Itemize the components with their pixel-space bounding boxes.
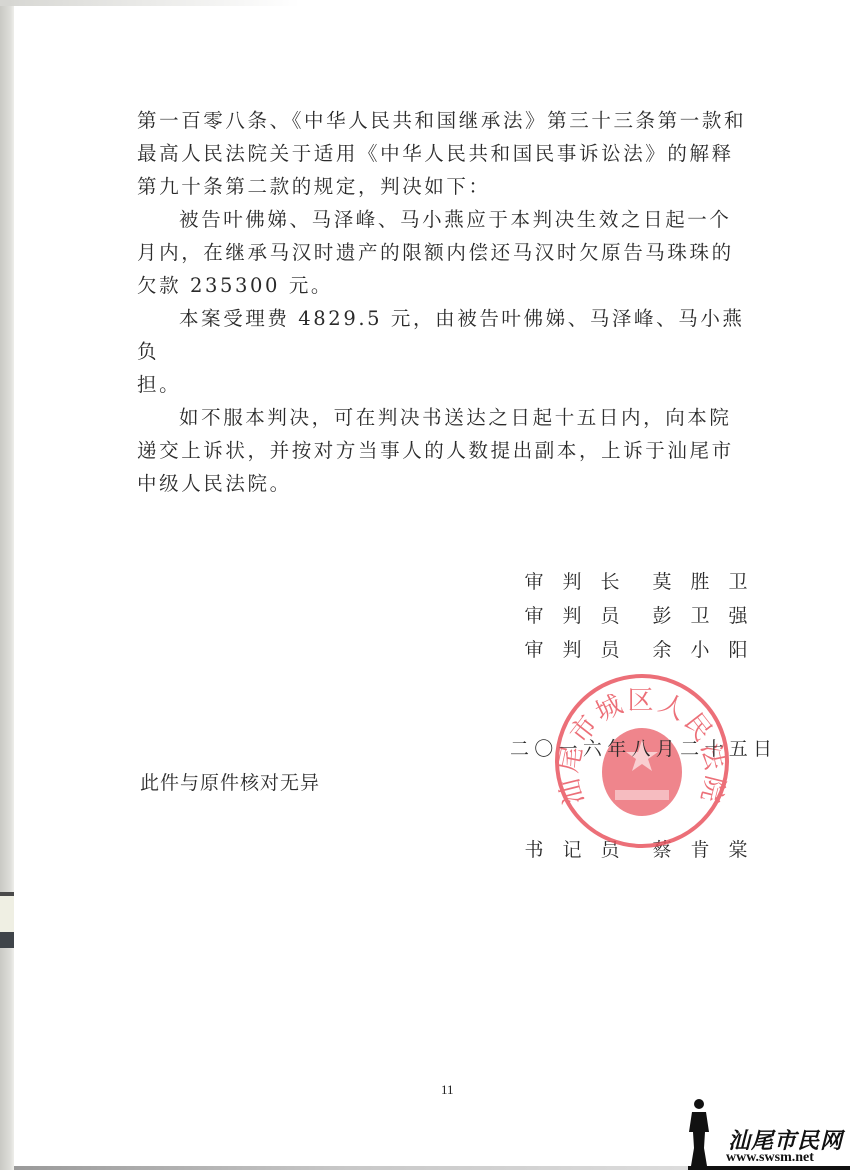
text-line: 月内，在继承马汉时遗产的限额内偿还马汉时欠原告马珠珠的 xyxy=(137,241,734,264)
text-line: 中级人民法院。 xyxy=(137,472,292,495)
title-char: 判 xyxy=(553,601,591,628)
paragraph-ruling: 被告叶佛娣、马泽峰、马小燕应于本判决生效之日起一个 月内，在继承马汉时遗产的限额… xyxy=(137,203,757,302)
judgment-body: 第一百零八条、《中华人民共和国继承法》第三十三条第一款和 最高人民法院关于适用《… xyxy=(137,104,757,500)
signature-presiding-judge: 审 判 长 莫 胜 卫 xyxy=(515,563,757,597)
verification-note: 此件与原件核对无异 xyxy=(140,768,320,795)
court-seal-icon: 汕尾市城区人民法院 xyxy=(553,672,731,850)
name-char: 彭 xyxy=(643,601,681,628)
name-char: 小 xyxy=(681,635,719,662)
name-char: 莫 xyxy=(643,567,681,594)
scan-artifact xyxy=(0,896,14,932)
page-number: 11 xyxy=(441,1082,454,1098)
text-line: 被告叶佛娣、马泽峰、马小燕应于本判决生效之日起一个 xyxy=(179,208,732,231)
name-char: 强 xyxy=(719,601,757,628)
name-char: 卫 xyxy=(719,567,757,594)
text-line: 递交上诉状，并按对方当事人的人数提出副本，上诉于汕尾市 xyxy=(137,439,734,462)
paragraph-legal-basis: 第一百零八条、《中华人民共和国继承法》第三十三条第一款和 最高人民法院关于适用《… xyxy=(137,104,757,203)
name-char: 胜 xyxy=(681,567,719,594)
judges-signature-block: 审 判 长 莫 胜 卫 审 判 员 彭 卫 强 审 判 员 余 小 阳 xyxy=(515,563,757,665)
title-char: 审 xyxy=(515,635,553,662)
title-char: 判 xyxy=(553,635,591,662)
title-char: 审 xyxy=(515,601,553,628)
scan-edge xyxy=(0,0,14,1170)
paragraph-court-fee: 本案受理费 4829.5 元，由被告叶佛娣、马泽峰、马小燕负 担。 xyxy=(137,302,757,401)
text-line: 最高人民法院关于适用《中华人民共和国民事诉讼法》的解释 xyxy=(137,142,734,165)
scan-top-edge xyxy=(0,0,300,6)
text-line: 如不服本判决，可在判决书送达之日起十五日内，向本院 xyxy=(179,406,732,429)
paragraph-appeal: 如不服本判决，可在判决书送达之日起十五日内，向本院 递交上诉状，并按对方当事人的… xyxy=(137,401,757,500)
text-line: 担。 xyxy=(137,373,181,396)
text-line: 第九十条第二款的规定，判决如下： xyxy=(137,175,491,198)
text-line: 欠款 235300 元。 xyxy=(137,274,333,297)
title-char: 员 xyxy=(591,601,629,628)
text-line: 第一百零八条、《中华人民共和国继承法》第三十三条第一款和 xyxy=(137,109,746,132)
title-char: 长 xyxy=(591,567,629,594)
title-char: 审 xyxy=(515,567,553,594)
watermark-url: www.swsm.net xyxy=(726,1150,814,1166)
judgment-date: 二〇一六年八月二十五日 xyxy=(510,734,777,761)
name-char: 阳 xyxy=(719,635,757,662)
signature-judge-2: 审 判 员 余 小 阳 xyxy=(515,631,757,665)
title-char: 书 xyxy=(515,835,553,862)
title-char: 员 xyxy=(591,635,629,662)
signature-judge-1: 审 判 员 彭 卫 强 xyxy=(515,597,757,631)
text-line: 本案受理费 4829.5 元，由被告叶佛娣、马泽峰、马小燕负 xyxy=(137,307,745,363)
name-char: 卫 xyxy=(681,601,719,628)
name-char: 余 xyxy=(643,635,681,662)
scan-artifact xyxy=(0,932,14,948)
title-char: 判 xyxy=(553,567,591,594)
